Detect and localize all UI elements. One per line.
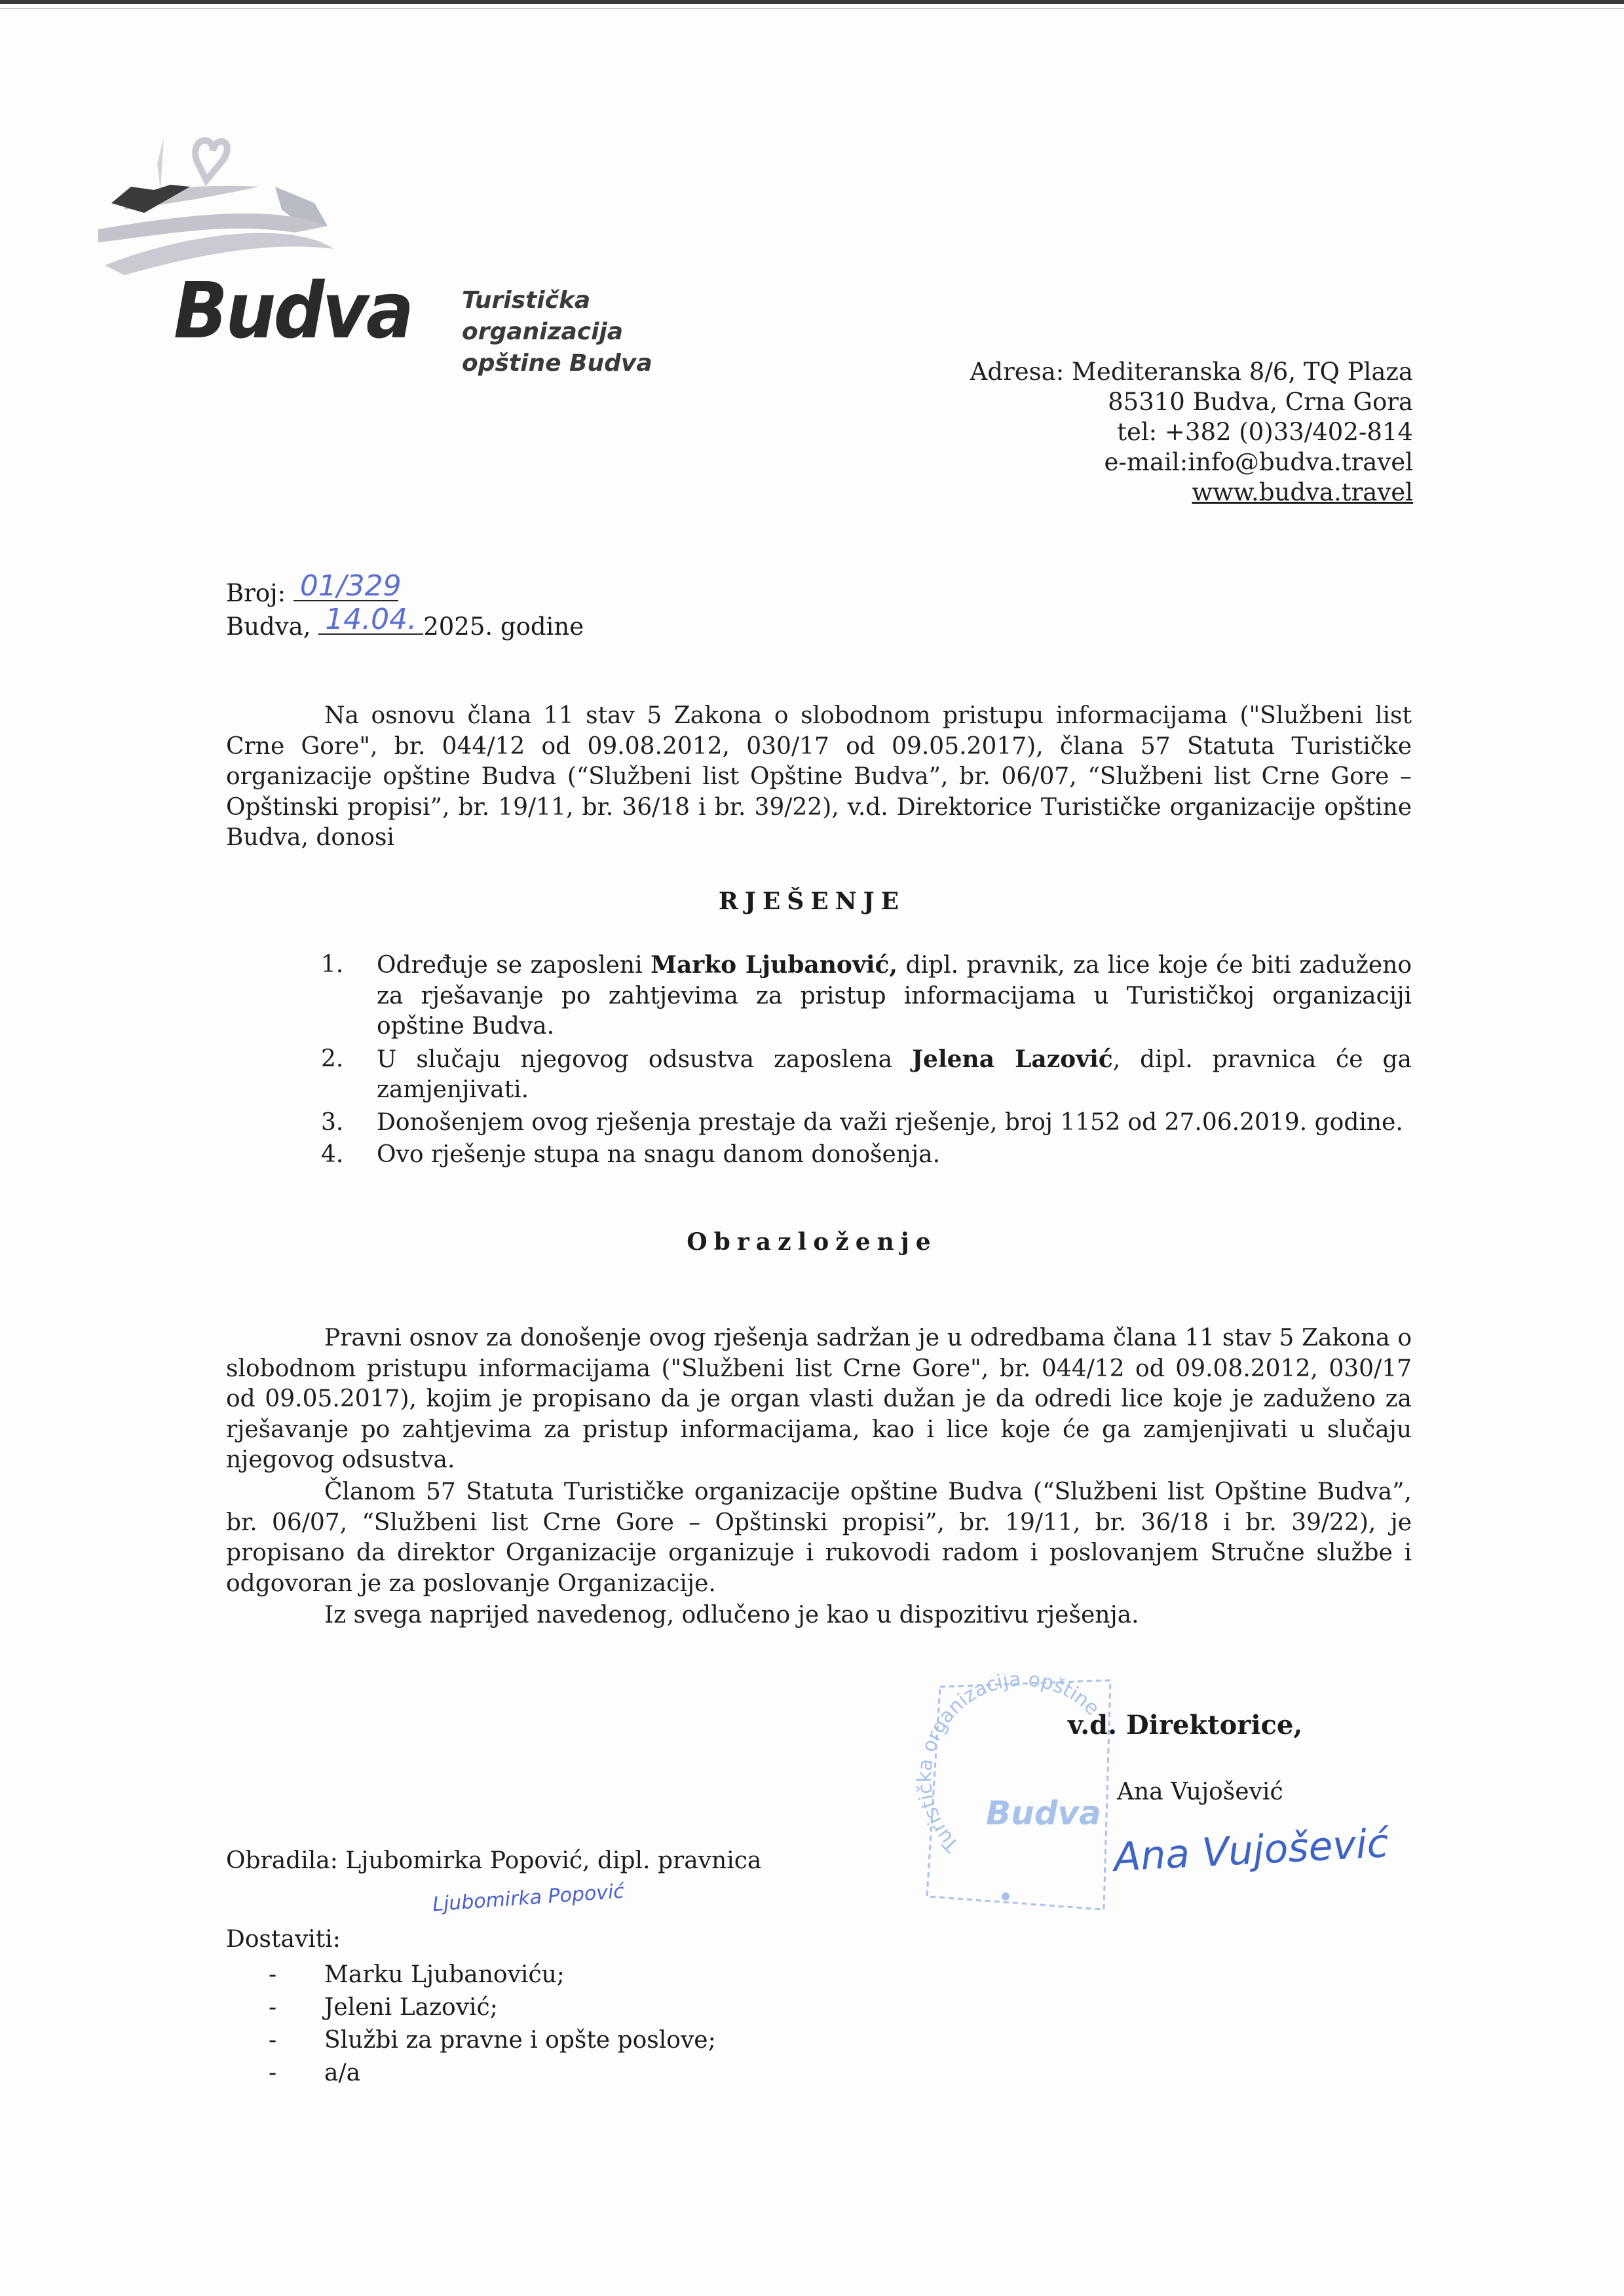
- scan-line: [0, 8, 1624, 9]
- address-city: 85310 Budva, Crna Gora: [970, 387, 1413, 417]
- item-number: 1.: [321, 950, 343, 981]
- reasoning-paragraph-2: Članom 57 Statuta Turističke organizacij…: [226, 1477, 1412, 1599]
- intro-paragraph: Na osnovu člana 11 stav 5 Zakona o slobo…: [226, 701, 1412, 854]
- decision-list: 1. Određuje se zaposleni Marko Ljubanovi…: [321, 950, 1412, 1173]
- item-text: Donošenjem ovog rješenja prestaje da važ…: [377, 1109, 1403, 1136]
- decision-item: 2. U slučaju njegovog odsustva zaposlena…: [321, 1044, 1412, 1106]
- logo-graphic-icon: [98, 111, 557, 282]
- delivery-item: Službi za pravne i opšte poslove;: [269, 2024, 716, 2057]
- place-label: Budva,: [226, 612, 311, 641]
- item-number: 4.: [321, 1140, 343, 1171]
- number-handwritten: 01/329: [300, 570, 402, 603]
- item-number: 2.: [321, 1044, 343, 1075]
- prepared-by: Obradila: Ljubomirka Popović, dipl. prav…: [226, 1847, 761, 1874]
- decision-item: 1. Određuje se zaposleni Marko Ljubanovi…: [321, 950, 1412, 1042]
- reasoning-paragraph-3: Iz svega naprijed navedenog, odlučeno je…: [226, 1600, 1412, 1631]
- logo: Budva Turistička organizacija opštine Bu…: [98, 111, 753, 360]
- reasoning-paragraph-1: Pravni osnov za donošenje ovog rješenja …: [226, 1323, 1412, 1476]
- scan-top-edge: [0, 0, 1624, 4]
- decision-item: 4. Ovo rješenje stupa na snagu danom don…: [321, 1140, 1412, 1171]
- decision-item: 3. Donošenjem ovog rješenja prestaje da …: [321, 1108, 1412, 1139]
- logo-organization-name: Turistička organizacija opštine Budva: [462, 285, 753, 379]
- preparer-signature: Ljubomirka Popović: [432, 1880, 625, 1916]
- reasoning-text: Pravni osnov za donošenje ovog rješenja …: [226, 1325, 1412, 1473]
- contact-address: Adresa: Mediteranska 8/6, TQ Plaza 85310…: [970, 357, 1413, 508]
- date-field: 14.04.: [318, 610, 423, 635]
- item-text: Određuje se zaposleni: [377, 952, 651, 979]
- year-suffix: 2025. godine: [423, 612, 584, 641]
- delivery-item: a/a: [269, 2057, 716, 2090]
- item-bold-name: Marko Ljubanović,: [651, 951, 897, 979]
- item-text: U slučaju njegovog odsustva zaposlena: [377, 1046, 912, 1073]
- signatory-name: Ana Vujošević: [1117, 1778, 1283, 1805]
- logo-org-line-1: Turistička organizacija: [462, 285, 753, 348]
- intro-text: Na osnovu člana 11 stav 5 Zakona o slobo…: [226, 702, 1412, 851]
- item-number: 3.: [321, 1108, 343, 1139]
- date-handwritten: 14.04.: [325, 603, 417, 636]
- signatory-title: v.d. Direktorice,: [1068, 1710, 1302, 1741]
- reasoning-text: Članom 57 Statuta Turističke organizacij…: [226, 1478, 1412, 1597]
- delivery-item: Jeleni Lazović;: [269, 1991, 716, 2024]
- reasoning-text: Iz svega naprijed navedenog, odlučeno je…: [324, 1602, 1139, 1628]
- logo-org-line-2: opštine Budva: [462, 348, 753, 379]
- item-text: Ovo rješenje stupa na snagu danom donoše…: [377, 1141, 940, 1168]
- document-meta: Broj: 01/329 Budva, 14.04. 2025. godine: [226, 576, 584, 643]
- number-label: Broj:: [226, 579, 286, 607]
- delivery-item: Marku Ljubanoviću;: [269, 1959, 716, 1991]
- address-email[interactable]: e-mail:info@budva.travel: [970, 447, 1413, 478]
- address-line: Adresa: Mediteranska 8/6, TQ Plaza: [970, 357, 1413, 387]
- website-link[interactable]: www.budva.travel: [970, 478, 1413, 508]
- item-bold-name: Jelena Lazović: [912, 1045, 1113, 1073]
- decision-heading: RJEŠENJE: [0, 888, 1624, 915]
- delivery-list: Marku Ljubanoviću; Jeleni Lazović; Služb…: [269, 1959, 716, 2090]
- address-phone: tel: +382 (0)33/402-814: [970, 417, 1413, 447]
- number-field: 01/329: [293, 576, 398, 601]
- delivery-label: Dostaviti:: [226, 1926, 341, 1953]
- reasoning-heading: Obrazloženje: [0, 1228, 1624, 1256]
- svg-text:Budva: Budva: [986, 1794, 1101, 1832]
- logo-wordmark: Budva: [174, 265, 411, 356]
